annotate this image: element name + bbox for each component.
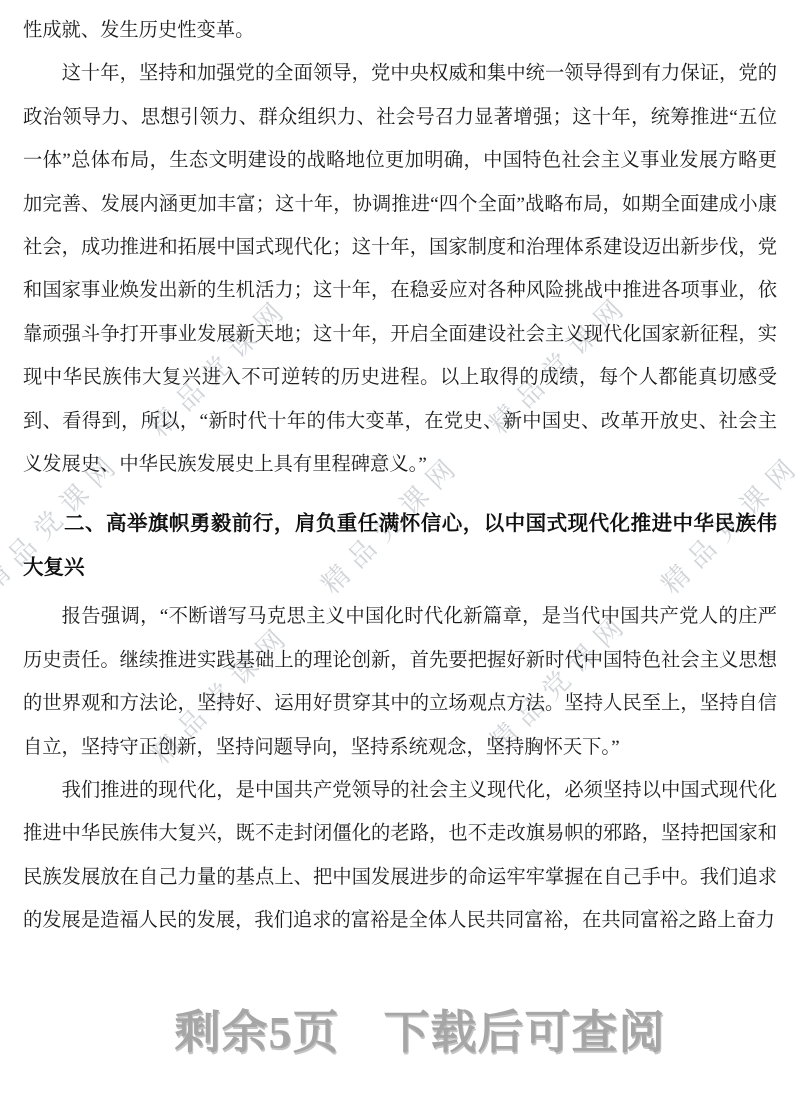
paragraph-continuation: 性成就、发生历史性变革。 xyxy=(23,9,777,52)
section-heading: 二、高举旗帜勇毅前行，肩负重任满怀信心，以中国式现代化推进中华民族伟大复兴 xyxy=(23,502,777,589)
paragraph-decade-achievements: 这十年，坚持和加强党的全面领导，党中央权威和集中统一领导得到有力保证，党的政治领… xyxy=(23,52,777,486)
preview-footer: 剩余5页下载后可查阅 xyxy=(40,996,800,1062)
paragraph-report-emphasis: 报告强调，“不断谱写马克思主义中国化时代化新篇章，是当代中国共产党人的庄严历史责… xyxy=(23,595,777,769)
document-content: 性成就、发生历史性变革。 这十年，坚持和加强党的全面领导，党中央权威和集中统一领… xyxy=(23,9,777,943)
download-hint-label: 下载后可查阅 xyxy=(384,1007,666,1058)
document-page: 精品党课网 精品党课网 精品党课网 精品党课网 精品党课网 精品党课网 精品党课… xyxy=(0,0,800,1093)
paragraph-modernization: 我们推进的现代化，是中国共产党领导的社会主义现代化，必须坚持以中国式现代化推进中… xyxy=(23,769,777,943)
remaining-pages-label: 剩余5页 xyxy=(175,1007,340,1058)
